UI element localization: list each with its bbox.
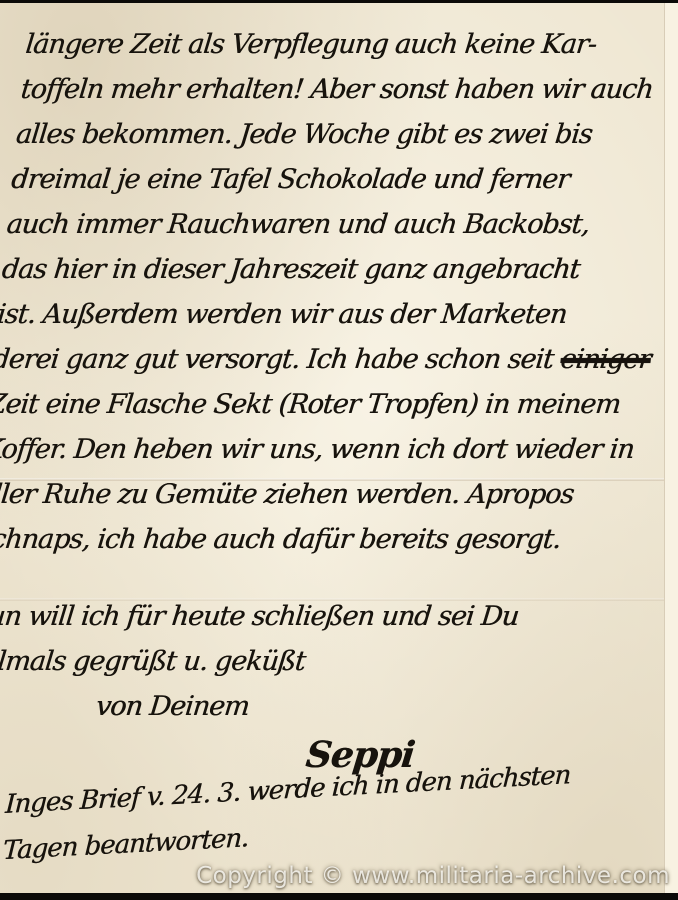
closing-line: von Deinem (0, 684, 598, 729)
handwritten-line: Zeit eine Flasche Sekt (Roter Tropfen) i… (0, 382, 630, 427)
copyright-watermark: Copyright © www.militaria-archive.com (196, 863, 670, 889)
strikethrough-word: einiger (559, 344, 652, 375)
handwritten-line: das hier in dieser Jahreszeit ganz angeb… (0, 247, 644, 292)
handwritten-line: ist. Außerdem werden wir aus der Markete… (0, 292, 640, 337)
handwritten-line: Koffer. Den heben wir uns, wenn ich dort… (0, 427, 625, 472)
handwritten-line: vielmals gegrüßt u. geküßt (0, 639, 603, 684)
letter-body: längere Zeit als Verpflegung auch keine … (0, 22, 668, 781)
scan-bottom-edge (0, 893, 678, 900)
handwritten-line: aller Ruhe zu Gemüte ziehen werden. Apro… (0, 472, 621, 517)
scan-top-edge (0, 0, 678, 3)
handwritten-line: längere Zeit als Verpflegung auch keine … (23, 22, 668, 67)
handwritten-line: auch immer Rauchwaren und auch Backobst, (4, 202, 649, 247)
handwritten-line: Nun will ich für heute schließen und sei… (0, 594, 608, 639)
handwritten-line: toffeln mehr erhalten! Aber sonst haben … (19, 67, 664, 112)
scanned-letter-page: längere Zeit als Verpflegung auch keine … (0, 0, 678, 900)
handwritten-line: Schnaps, ich habe auch dafür bereits ges… (0, 517, 616, 562)
handwritten-line: alles bekommen. Jede Woche gibt es zwei … (14, 112, 659, 157)
paragraph-gap (0, 562, 611, 594)
handwritten-line: derei ganz gut versorgt. Ich habe schon … (0, 337, 635, 382)
handwritten-line: dreimal je eine Tafel Schokolade und fer… (9, 157, 654, 202)
handwritten-text: derei ganz gut versorgt. Ich habe schon … (0, 344, 562, 375)
